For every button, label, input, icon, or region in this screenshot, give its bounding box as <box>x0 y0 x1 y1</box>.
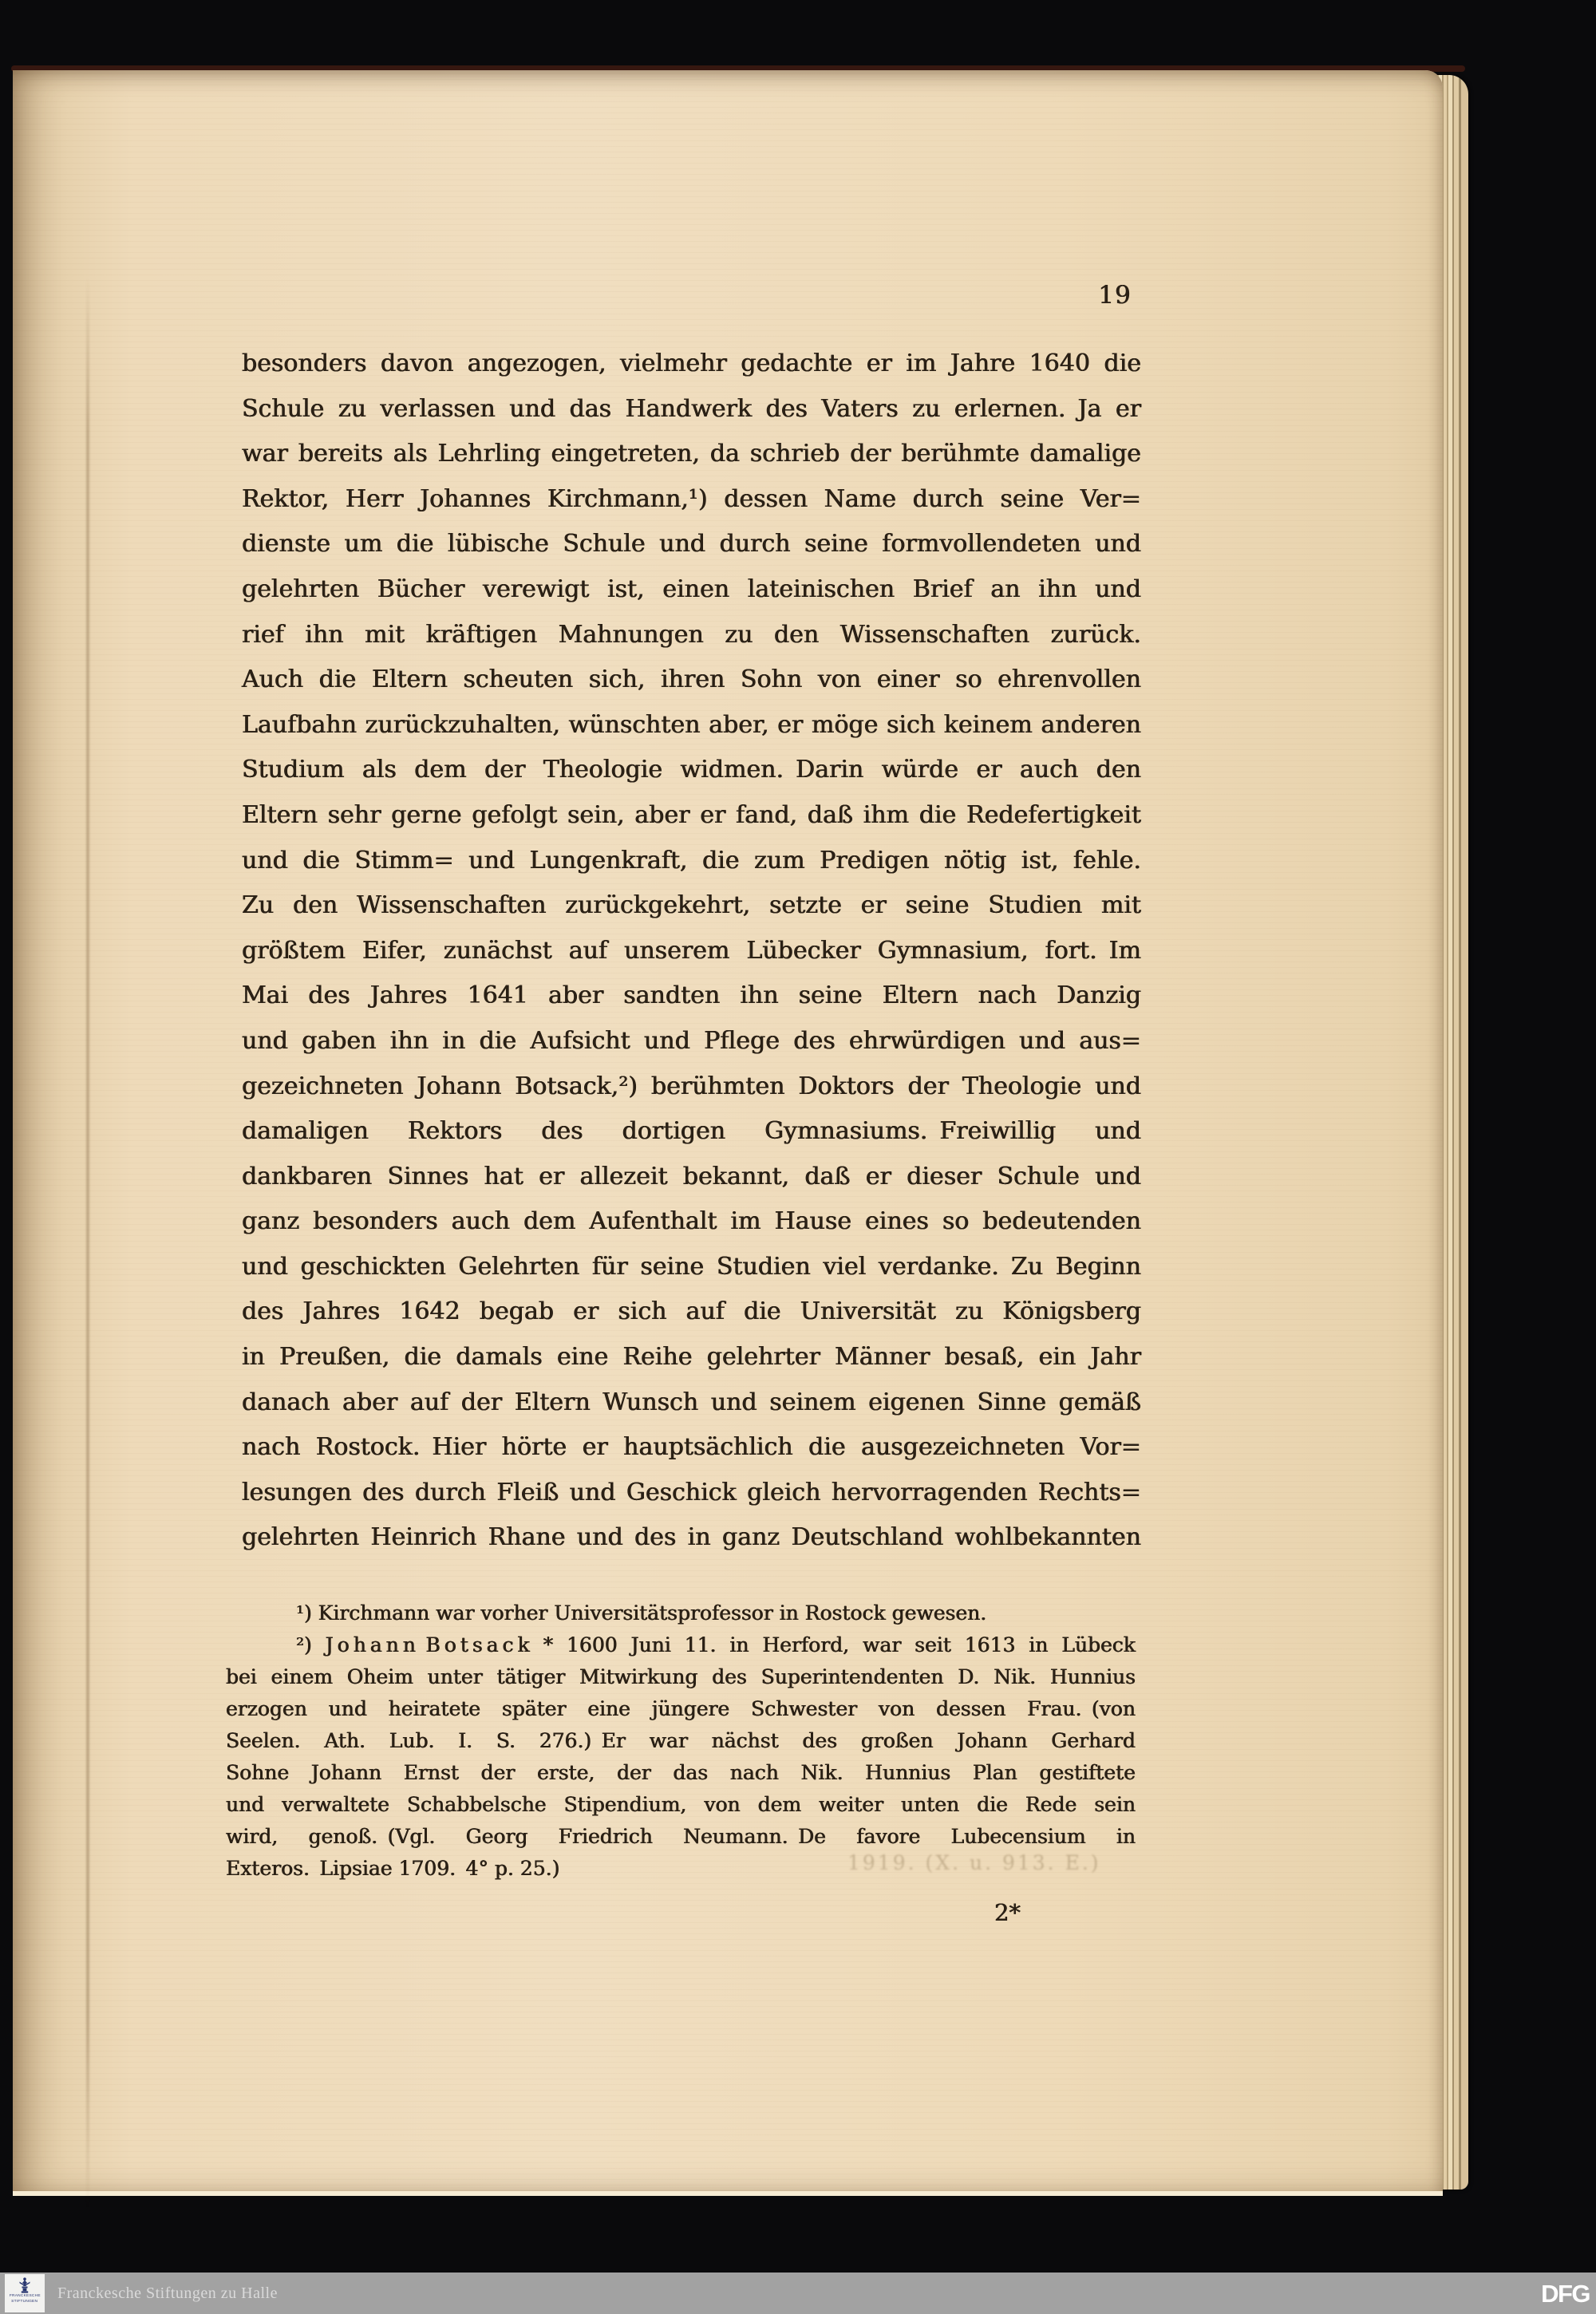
body-text-line: Rektor, Herr Johannes Kirchmann,¹) desse… <box>242 477 1141 523</box>
body-text-line: Mai des Jahres 1641 aber sandten ihn sei… <box>242 973 1141 1019</box>
body-text-line: Schule zu verlassen und das Handwerk des… <box>242 387 1141 432</box>
body-text-line: des Jahres 1642 begab er sich auf die Un… <box>242 1289 1141 1335</box>
body-text-line: rief ihn mit kräftigen Mahnungen zu den … <box>242 613 1141 658</box>
body-text-line: war bereits als Lehrling eingetreten, da… <box>242 432 1141 477</box>
body-text-line: Auch die Eltern scheuten sich, ihren Soh… <box>242 657 1141 703</box>
body-text-line: gelehrten Heinrich Rhane und des in ganz… <box>242 1515 1141 1561</box>
body-text-line: Eltern sehr gerne gefolgt sein, aber er … <box>242 793 1141 839</box>
page-crease <box>86 278 89 2209</box>
body-text-line: danach aber auf der Eltern Wunsch und se… <box>242 1380 1141 1426</box>
body-text-line: damaligen Rektors des dortigen Gymnasium… <box>242 1109 1141 1155</box>
body-text-line: dienste um die lübische Schule und durch… <box>242 522 1141 567</box>
body-text-line: ganz besonders auch dem Aufenthalt im Ha… <box>242 1199 1141 1245</box>
logo-caption-line2: STIFTUNGEN <box>11 2300 38 2304</box>
body-text-block: besonders davon angezogen, vielmehr geda… <box>242 342 1141 1561</box>
body-text-line: in Preußen, die damals eine Reihe gelehr… <box>242 1335 1141 1380</box>
body-text-line: gezeichneten Johann Botsack,²) berühmten… <box>242 1064 1141 1110</box>
body-text-line: dankbaren Sinnes hat er allezeit bekannt… <box>242 1155 1141 1200</box>
footnote-line: erzogen und heiratete später eine jünger… <box>226 1693 1136 1725</box>
body-text-line: größtem Eifer, zunächst auf unserem Lübe… <box>242 929 1141 974</box>
footer-bar: FRANCKESCHE STIFTUNGEN Franckesche Stift… <box>0 2273 1596 2314</box>
body-text-line: und gaben ihn in die Aufsicht und Pflege… <box>242 1019 1141 1064</box>
institution-name: Franckesche Stiftungen zu Halle <box>57 2273 278 2314</box>
footnote-line: ¹) Kirchmann war vorher Universitätsprof… <box>226 1597 1136 1629</box>
page-number: 19 <box>1087 281 1143 310</box>
bleedthrough-ghost-text: 1919. (X. u. 913. E.) <box>847 1851 1135 1874</box>
footnote-line: Seelen. Ath. Lub. I. S. 276.) Er war näc… <box>226 1725 1136 1757</box>
body-text-line: nach Rostock. Hier hörte er hauptsächlic… <box>242 1425 1141 1471</box>
dfg-logo: DFG <box>1541 2273 1590 2314</box>
body-text-line: und geschickten Gelehrten für seine Stud… <box>242 1245 1141 1290</box>
scanned-book-page-view: 19 besonders davon angezogen, vielmehr g… <box>0 0 1596 2314</box>
body-text-line: lesungen des durch Fleiß und Geschick gl… <box>242 1471 1141 1516</box>
logo-caption-line1: FRANCKESCHE <box>10 2294 41 2298</box>
signature-mark: 2* <box>994 1899 1021 1926</box>
footnote-line: wird, genoß. (Vgl. Georg Friedrich Neuma… <box>226 1821 1136 1853</box>
footnote-line: ²) J o h a n n B o t s a c k * 1600 Juni… <box>226 1629 1136 1661</box>
body-text-line: Laufbahn zurückzuhalten, wünschten aber,… <box>242 703 1141 748</box>
franckesche-logo-icon <box>16 2276 34 2294</box>
footnotes-block: ¹) Kirchmann war vorher Universitätsprof… <box>226 1597 1136 1885</box>
body-text-line: und die Stimm= und Lungenkraft, die zum … <box>242 839 1141 884</box>
footnote-line: Sohne Johann Ernst der erste, der das na… <box>226 1757 1136 1789</box>
body-text-line: Zu den Wissenschaften zurückgekehrt, set… <box>242 883 1141 929</box>
footnote-line: und verwaltete Schabbelsche Stipendium, … <box>226 1789 1136 1821</box>
franckesche-logo: FRANCKESCHE STIFTUNGEN <box>5 2274 45 2312</box>
footnote-line: bei einem Oheim unter tätiger Mitwirkung… <box>226 1661 1136 1693</box>
body-text-line: Studium als dem der Theologie widmen. Da… <box>242 748 1141 793</box>
body-text-line: besonders davon angezogen, vielmehr geda… <box>242 342 1141 387</box>
body-text-line: gelehrten Bücher verewigt ist, einen lat… <box>242 567 1141 613</box>
